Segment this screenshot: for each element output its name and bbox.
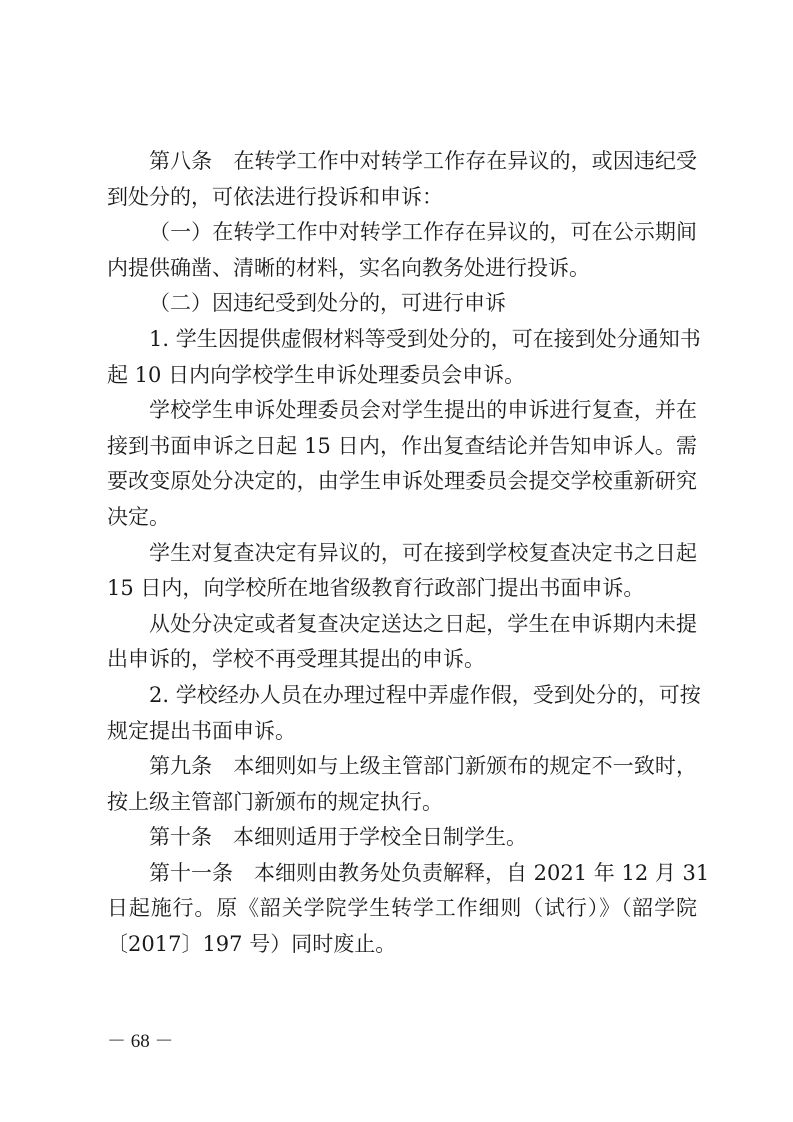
text-line: （一）在转学工作中对转学工作存在异议的，可在公示期间 [107, 215, 697, 251]
text-line: 出申诉的，学校不再受理其提出的申诉。 [107, 642, 697, 678]
document-page: 第八条 在转学工作中对转学工作存在异议的，或因违纪受 到处分的，可依法进行投诉和… [0, 0, 793, 1122]
document-body: 第八条 在转学工作中对转学工作存在异议的，或因违纪受 到处分的，可依法进行投诉和… [107, 144, 697, 963]
page-number: － 68 － [107, 1030, 174, 1054]
text-line: 到处分的，可依法进行投诉和申诉： [107, 180, 697, 216]
text-line: 从处分决定或者复查决定送达之日起，学生在申诉期内未提 [107, 607, 697, 643]
text-line: 第十条 本细则适用于学校全日制学生。 [107, 820, 697, 856]
text-line: 内提供确凿、清晰的材料，实名向教务处进行投诉。 [107, 251, 697, 287]
text-line: 第八条 在转学工作中对转学工作存在异议的，或因违纪受 [107, 144, 697, 180]
text-line: 15 日内，向学校所在地省级教育行政部门提出书面申诉。 [107, 571, 697, 607]
text-line: 2. 学校经办人员在办理过程中弄虚作假，受到处分的，可按 [107, 678, 697, 714]
text-line: 决定。 [107, 500, 697, 536]
text-line: （二）因违纪受到处分的，可进行申诉 [107, 286, 697, 322]
text-line: 学生对复查决定有异议的，可在接到学校复查决定书之日起 [107, 536, 697, 572]
text-line: 日起施行。原《韶关学院学生转学工作细则（试行）》（韶学院 [107, 891, 697, 927]
text-line: 〔2017〕197 号）同时废止。 [107, 927, 697, 963]
text-line: 接到书面申诉之日起 15 日内，作出复查结论并告知申诉人。需 [107, 429, 697, 465]
text-line: 第十一条 本细则由教务处负责解释，自 2021 年 12 月 31 [107, 856, 697, 892]
text-line: 学校学生申诉处理委员会对学生提出的申诉进行复查，并在 [107, 393, 697, 429]
text-line: 第九条 本细则如与上级主管部门新颁布的规定不一致时， [107, 749, 697, 785]
text-line: 1. 学生因提供虚假材料等受到处分的，可在接到处分通知书 [107, 322, 697, 358]
text-line: 按上级主管部门新颁布的规定执行。 [107, 785, 697, 821]
text-line: 要改变原处分决定的，由学生申诉处理委员会提交学校重新研究 [107, 464, 697, 500]
text-line: 规定提出书面申诉。 [107, 714, 697, 750]
text-line: 起 10 日内向学校学生申诉处理委员会申诉。 [107, 358, 697, 394]
